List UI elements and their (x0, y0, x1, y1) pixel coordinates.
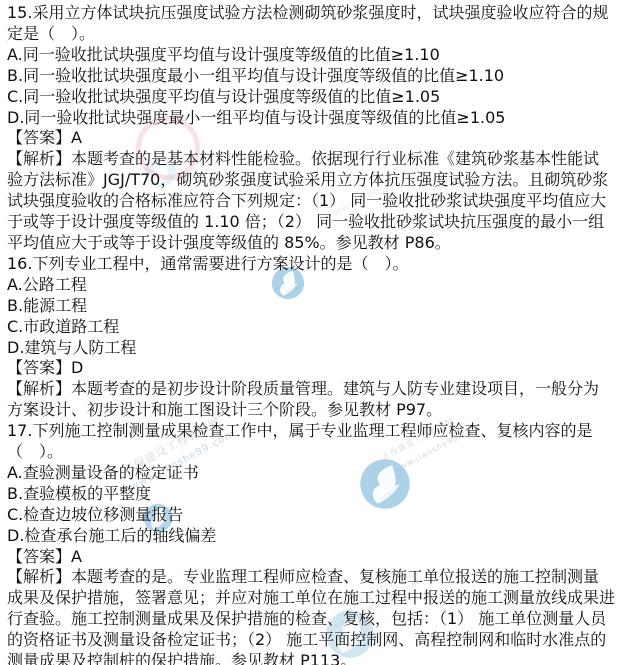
analysis-label: 【解析】 (7, 379, 71, 398)
question-block-15: 15.采用立方体试块抗压强度试验方法检测砌筑砂浆强度时，试块强度验收应符合的规定… (7, 3, 615, 254)
analysis-paragraph: 【解析】本题考查的是。专业监理工程师应检查、复核施工单位报送的施工控制测量成果及… (7, 567, 615, 665)
answer-label: 【答案】 (7, 128, 71, 147)
question-block-16: 16.下列专业工程中，通常需要进行方案设计的是（ ）。 A.公路工程 B.能源工… (7, 254, 615, 421)
question-block-17: 17.下列施工控制测量成果检查工作中，属于专业监理工程师应检查、复核内容的是（ … (7, 421, 615, 665)
analysis-paragraph: 【解析】本题考查的是基本材料性能检验。依据现行行业标准《建筑砂浆基本性能试验方法… (7, 149, 615, 254)
question-number: 17. (7, 421, 32, 440)
answer-label: 【答案】 (7, 547, 71, 566)
document-page: 15.采用立方体试块抗压强度试验方法检测砌筑砂浆强度时，试块强度验收应符合的规定… (0, 0, 621, 665)
question-number: 16. (7, 254, 32, 273)
analysis-text: 本题考查的是基本材料性能检验。依据现行行业标准《建筑砂浆基本性能试验方法标准》J… (7, 149, 608, 252)
option-a: A.查验测量设备的检定证书 (7, 463, 615, 484)
question-stem: 15.采用立方体试块抗压强度试验方法检测砌筑砂浆强度时，试块强度验收应符合的规定… (7, 3, 615, 45)
question-stem-text: 采用立方体试块抗压强度试验方法检测砌筑砂浆强度时，试块强度验收应符合的规定是（ … (7, 3, 608, 43)
option-c: C.检查边坡位移测量报告 (7, 505, 615, 526)
option-b: B.能源工程 (7, 296, 615, 317)
question-stem-text: 下列施工控制测量成果检查工作中，属于专业监理工程师应检查、复核内容的是（ ）。 (7, 421, 592, 461)
option-d: D.检查承台施工后的轴线偏差 (7, 526, 615, 547)
answer-line: 【答案】A (7, 547, 615, 568)
question-stem: 16.下列专业工程中，通常需要进行方案设计的是（ ）。 (7, 254, 615, 275)
option-a: A.公路工程 (7, 275, 615, 296)
analysis-label: 【解析】 (7, 567, 71, 586)
analysis-label: 【解析】 (7, 149, 71, 168)
analysis-text: 本题考查的是。专业监理工程师应检查、复核施工单位报送的施工控制测量成果及保护措施… (7, 567, 615, 665)
answer-value: A (71, 547, 82, 566)
option-d: D.同一验收批试块强度最小一组平均值与设计强度等级值的比值≥1.05 (7, 108, 615, 129)
answer-label: 【答案】 (7, 358, 71, 377)
question-stem: 17.下列施工控制测量成果检查工作中，属于专业监理工程师应检查、复核内容的是（ … (7, 421, 615, 463)
option-b: B.查验模板的平整度 (7, 484, 615, 505)
question-number: 15. (7, 3, 32, 22)
analysis-text: 本题考查的是初步设计阶段质量管理。建筑与人防专业建设项目，一般分为方案设计、初步… (7, 379, 599, 419)
answer-value: D (71, 358, 83, 377)
answer-line: 【答案】A (7, 128, 615, 149)
option-c: C.同一验收批试块强度平均值与设计强度等级值的比值≥1.05 (7, 87, 615, 108)
option-d: D.建筑与人防工程 (7, 338, 615, 359)
analysis-paragraph: 【解析】本题考查的是初步设计阶段质量管理。建筑与人防专业建设项目，一般分为方案设… (7, 379, 615, 421)
answer-value: A (71, 128, 82, 147)
option-c: C.市政道路工程 (7, 317, 615, 338)
answer-line: 【答案】D (7, 358, 615, 379)
option-a: A.同一验收批试块强度平均值与设计强度等级值的比值≥1.10 (7, 45, 615, 66)
question-stem-text: 下列专业工程中，通常需要进行方案设计的是（ ）。 (32, 254, 408, 273)
option-b: B.同一验收批试块强度最小一组平均值与设计强度等级值的比值≥1.10 (7, 66, 615, 87)
